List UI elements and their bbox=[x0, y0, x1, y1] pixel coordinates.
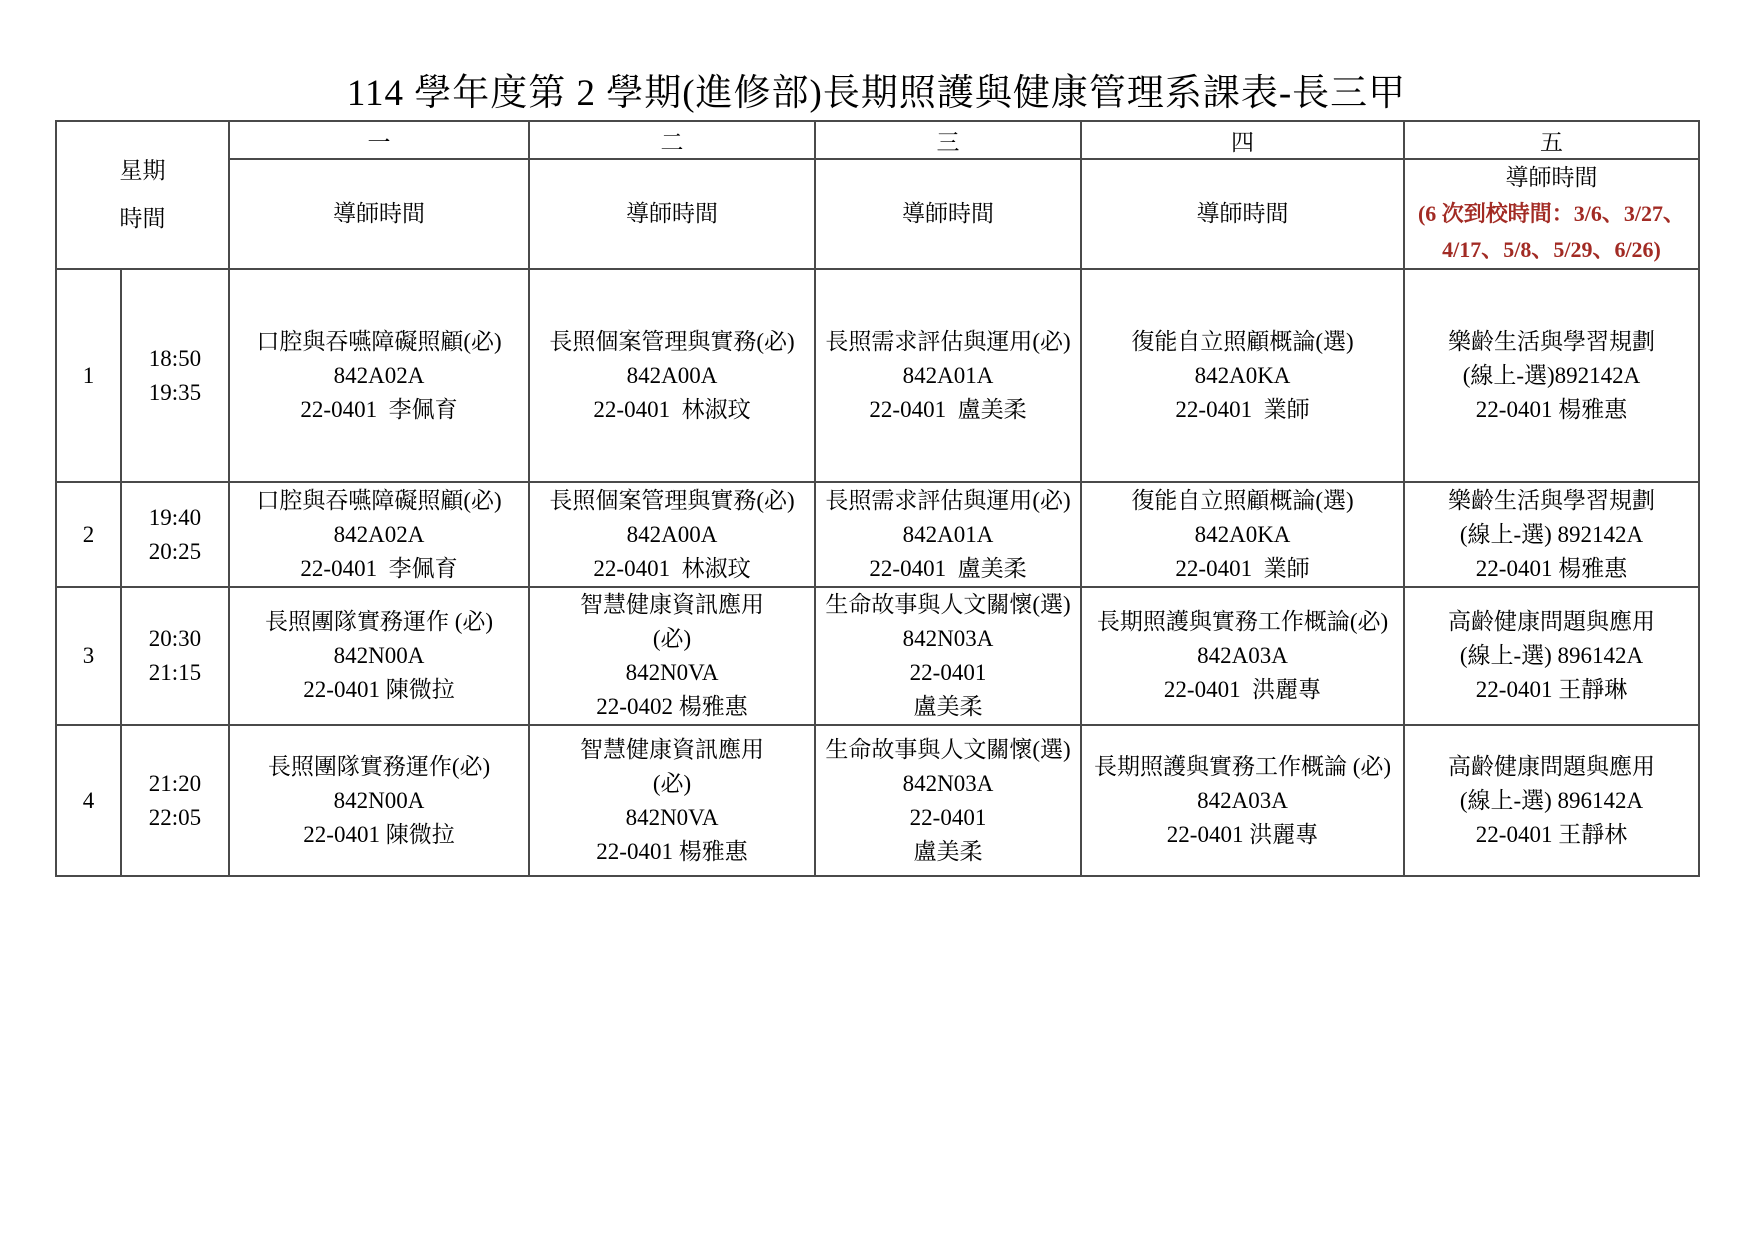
course-cell-monday-p3: 長照團隊實務運作 (必)842N00A22-0401 陳微拉 bbox=[229, 587, 529, 725]
text-line: 口腔與吞嚥障礙照顧(必) bbox=[232, 484, 526, 518]
text-line: 復能自立照顧概論(選) bbox=[1084, 325, 1401, 359]
day-header-monday: 一 bbox=[229, 121, 529, 159]
text-line: 22-0401 盧美柔 bbox=[818, 393, 1078, 427]
course-cell-tuesday-p3: 智慧健康資訊應用(必)842N0VA22-0402 楊雅惠 bbox=[529, 587, 815, 725]
text-line: 842N0VA bbox=[532, 656, 812, 690]
text-line: 842A02A bbox=[232, 359, 526, 393]
day-header-wednesday: 三 bbox=[815, 121, 1081, 159]
text-line: (線上-選) 896142A bbox=[1407, 639, 1696, 673]
text-line: 長期照護與實務工作概論 (必) bbox=[1084, 750, 1401, 784]
text-line: 樂齡生活與學習規劃 bbox=[1407, 484, 1696, 518]
time-range-cell: 18:5019:35 bbox=[121, 269, 229, 482]
text-line: 智慧健康資訊應用 bbox=[532, 588, 812, 622]
text-line: 長期照護與實務工作概論(必) bbox=[1084, 605, 1401, 639]
course-cell-wednesday-p2: 長照需求評估與運用(必)842A01A22-0401 盧美柔 bbox=[815, 482, 1081, 587]
text-line: 21:15 bbox=[124, 656, 226, 690]
text-line: 842A01A bbox=[818, 518, 1078, 552]
course-cell-wednesday-p4: 生命故事與人文關懷(選)842N03A22-0401盧美柔 bbox=[815, 725, 1081, 876]
tutor-header-row: 導師時間 導師時間 導師時間 導師時間 導師時間 (6 次到校時間：3/6、3/… bbox=[56, 159, 1699, 269]
text-line: 842A03A bbox=[1084, 639, 1401, 673]
text-line: 高齡健康問題與應用 bbox=[1407, 605, 1696, 639]
text-line: 20:30 bbox=[124, 622, 226, 656]
course-cell-friday-p3: 高齡健康問題與應用(線上-選) 896142A22-0401 王靜琳 bbox=[1404, 587, 1699, 725]
time-range-cell: 21:2022:05 bbox=[121, 725, 229, 876]
text-line: 22-0401 陳微拉 bbox=[232, 818, 526, 852]
text-line: (必) bbox=[532, 767, 812, 801]
text-line: (線上-選) 896142A bbox=[1407, 784, 1696, 818]
text-line: 842N03A bbox=[818, 767, 1078, 801]
text-line: 842N00A bbox=[232, 784, 526, 818]
course-cell-tuesday-p2: 長照個案管理與實務(必)842A00A22-0401 林淑玟 bbox=[529, 482, 815, 587]
text-line: 22-0401 李佩育 bbox=[232, 552, 526, 586]
tutor-time-label: 導師時間 bbox=[818, 196, 1078, 232]
text-line: 842N0VA bbox=[532, 801, 812, 835]
period-row-1: 1 18:5019:35 口腔與吞嚥障礙照顧(必)842A02A22-0401 … bbox=[56, 269, 1699, 482]
text-line: 18:50 bbox=[124, 342, 226, 376]
course-cell-friday-p2: 樂齡生活與學習規劃(線上-選) 892142A22-0401 楊雅惠 bbox=[1404, 482, 1699, 587]
course-cell-monday-p1: 口腔與吞嚥障礙照顧(必)842A02A22-0401 李佩育 bbox=[229, 269, 529, 482]
text-line: (6 次到校時間：3/6、3/27、 bbox=[1407, 196, 1696, 232]
text-line: 長照需求評估與運用(必) bbox=[818, 325, 1078, 359]
text-line: 22-0401 王靜琳 bbox=[1407, 673, 1696, 707]
tutor-time-label: 導師時間 bbox=[1084, 196, 1401, 232]
text-line: 智慧健康資訊應用 bbox=[532, 733, 812, 767]
text-line: 22:05 bbox=[124, 801, 226, 835]
text-line: 22-0401 林淑玟 bbox=[532, 552, 812, 586]
text-line: 口腔與吞嚥障礙照顧(必) bbox=[232, 325, 526, 359]
course-cell-wednesday-p3: 生命故事與人文關懷(選)842N03A22-0401盧美柔 bbox=[815, 587, 1081, 725]
tutor-time-header-monday: 導師時間 bbox=[229, 159, 529, 269]
day-header-tuesday: 二 bbox=[529, 121, 815, 159]
course-cell-friday-p1: 樂齡生活與學習規劃(線上-選)892142A22-0401 楊雅惠 bbox=[1404, 269, 1699, 482]
text-line: 長照個案管理與實務(必) bbox=[532, 325, 812, 359]
text-line: 生命故事與人文關懷(選) bbox=[818, 733, 1078, 767]
period-row-2: 2 19:4020:25 口腔與吞嚥障礙照顧(必)842A02A22-0401 … bbox=[56, 482, 1699, 587]
text-line: 22-0401 bbox=[818, 801, 1078, 835]
tutor-time-header-friday: 導師時間 (6 次到校時間：3/6、3/27、4/17、5/8、5/29、6/2… bbox=[1404, 159, 1699, 269]
text-line: (線上-選)892142A bbox=[1407, 359, 1696, 393]
text-line: 22-0401 王靜林 bbox=[1407, 818, 1696, 852]
text-line: 22-0401 楊雅惠 bbox=[1407, 393, 1696, 427]
text-line: 842A03A bbox=[1084, 784, 1401, 818]
course-cell-thursday-p4: 長期照護與實務工作概論 (必)842A03A22-0401 洪麗專 bbox=[1081, 725, 1404, 876]
text-line: 復能自立照顧概論(選) bbox=[1084, 484, 1401, 518]
text-line: 22-0401 洪麗專 bbox=[1084, 673, 1401, 707]
text-line: 21:20 bbox=[124, 767, 226, 801]
text-line: 22-0401 bbox=[818, 656, 1078, 690]
text-line: 長照需求評估與運用(必) bbox=[818, 484, 1078, 518]
tutor-time-label: 導師時間 bbox=[232, 196, 526, 232]
text-line: 842N03A bbox=[818, 622, 1078, 656]
text-line: 19:35 bbox=[124, 376, 226, 410]
time-range-cell: 20:3021:15 bbox=[121, 587, 229, 725]
text-line: 20:25 bbox=[124, 535, 226, 569]
day-header-thursday: 四 bbox=[1081, 121, 1404, 159]
period-row-4: 4 21:2022:05 長照團隊實務運作(必)842N00A22-0401 陳… bbox=[56, 725, 1699, 876]
text-line: 22-0401 盧美柔 bbox=[818, 552, 1078, 586]
course-cell-thursday-p3: 長期照護與實務工作概論(必)842A03A22-0401 洪麗專 bbox=[1081, 587, 1404, 725]
text-line: 22-0401 業師 bbox=[1084, 552, 1401, 586]
day-header-friday: 五 bbox=[1404, 121, 1699, 159]
corner-header-weekday-time: 星期時間 bbox=[56, 121, 229, 269]
course-cell-thursday-p1: 復能自立照顧概論(選)842A0KA22-0401 業師 bbox=[1081, 269, 1404, 482]
text-line: 盧美柔 bbox=[818, 835, 1078, 869]
text-line: 長照個案管理與實務(必) bbox=[532, 484, 812, 518]
period-number-cell: 2 bbox=[56, 482, 121, 587]
tutor-time-header-wednesday: 導師時間 bbox=[815, 159, 1081, 269]
text-line: 842A0KA bbox=[1084, 359, 1401, 393]
page: 114 學年度第 2 學期(進修部)長期照護與健康管理系課表-長三甲 星期時間 … bbox=[0, 0, 1755, 1241]
text-line: 22-0401 楊雅惠 bbox=[532, 835, 812, 869]
course-cell-tuesday-p4: 智慧健康資訊應用(必)842N0VA22-0401 楊雅惠 bbox=[529, 725, 815, 876]
text-line: 長照團隊實務運作 (必) bbox=[232, 605, 526, 639]
text-line: 盧美柔 bbox=[818, 690, 1078, 724]
text-line: 842A02A bbox=[232, 518, 526, 552]
period-number-cell: 4 bbox=[56, 725, 121, 876]
schedule-title: 114 學年度第 2 學期(進修部)長期照護與健康管理系課表-長三甲 bbox=[55, 62, 1698, 116]
time-range-cell: 19:4020:25 bbox=[121, 482, 229, 587]
text-line: 842N00A bbox=[232, 639, 526, 673]
text-line: (線上-選) 892142A bbox=[1407, 518, 1696, 552]
tutor-time-header-tuesday: 導師時間 bbox=[529, 159, 815, 269]
day-header-row: 星期時間 一 二 三 四 五 bbox=[56, 121, 1699, 159]
period-number-cell: 1 bbox=[56, 269, 121, 482]
text-line: 樂齡生活與學習規劃 bbox=[1407, 325, 1696, 359]
text-line: 22-0401 洪麗專 bbox=[1084, 818, 1401, 852]
period-number-cell: 3 bbox=[56, 587, 121, 725]
text-line: 842A00A bbox=[532, 359, 812, 393]
text-line: 時間 bbox=[59, 195, 226, 243]
text-line: 4/17、5/8、5/29、6/26) bbox=[1407, 232, 1696, 268]
text-line: 22-0401 業師 bbox=[1084, 393, 1401, 427]
text-line: 22-0401 楊雅惠 bbox=[1407, 552, 1696, 586]
text-line: 842A01A bbox=[818, 359, 1078, 393]
tutor-time-label: 導師時間 bbox=[1407, 160, 1696, 196]
course-cell-monday-p2: 口腔與吞嚥障礙照顧(必)842A02A22-0401 李佩育 bbox=[229, 482, 529, 587]
text-line: 22-0401 李佩育 bbox=[232, 393, 526, 427]
course-cell-tuesday-p1: 長照個案管理與實務(必)842A00A22-0401 林淑玟 bbox=[529, 269, 815, 482]
text-line: 星期 bbox=[59, 147, 226, 195]
tutor-time-header-thursday: 導師時間 bbox=[1081, 159, 1404, 269]
text-line: 生命故事與人文關懷(選) bbox=[818, 588, 1078, 622]
friday-attendance-note: (6 次到校時間：3/6、3/27、4/17、5/8、5/29、6/26) bbox=[1407, 196, 1696, 268]
tutor-time-label: 導師時間 bbox=[532, 196, 812, 232]
text-line: (必) bbox=[532, 622, 812, 656]
course-cell-thursday-p2: 復能自立照顧概論(選)842A0KA22-0401 業師 bbox=[1081, 482, 1404, 587]
text-line: 842A00A bbox=[532, 518, 812, 552]
text-line: 22-0401 林淑玟 bbox=[532, 393, 812, 427]
text-line: 19:40 bbox=[124, 501, 226, 535]
course-cell-friday-p4: 高齡健康問題與應用(線上-選) 896142A22-0401 王靜林 bbox=[1404, 725, 1699, 876]
text-line: 842A0KA bbox=[1084, 518, 1401, 552]
schedule-table: 星期時間 一 二 三 四 五 導師時間 導師時間 導師時間 導師時間 導師時間 … bbox=[55, 120, 1700, 877]
text-line: 長照團隊實務運作(必) bbox=[232, 750, 526, 784]
course-cell-wednesday-p1: 長照需求評估與運用(必)842A01A22-0401 盧美柔 bbox=[815, 269, 1081, 482]
text-line: 22-0401 陳微拉 bbox=[232, 673, 526, 707]
period-row-3: 3 20:3021:15 長照團隊實務運作 (必)842N00A22-0401 … bbox=[56, 587, 1699, 725]
text-line: 22-0402 楊雅惠 bbox=[532, 690, 812, 724]
text-line: 高齡健康問題與應用 bbox=[1407, 750, 1696, 784]
course-cell-monday-p4: 長照團隊實務運作(必)842N00A22-0401 陳微拉 bbox=[229, 725, 529, 876]
